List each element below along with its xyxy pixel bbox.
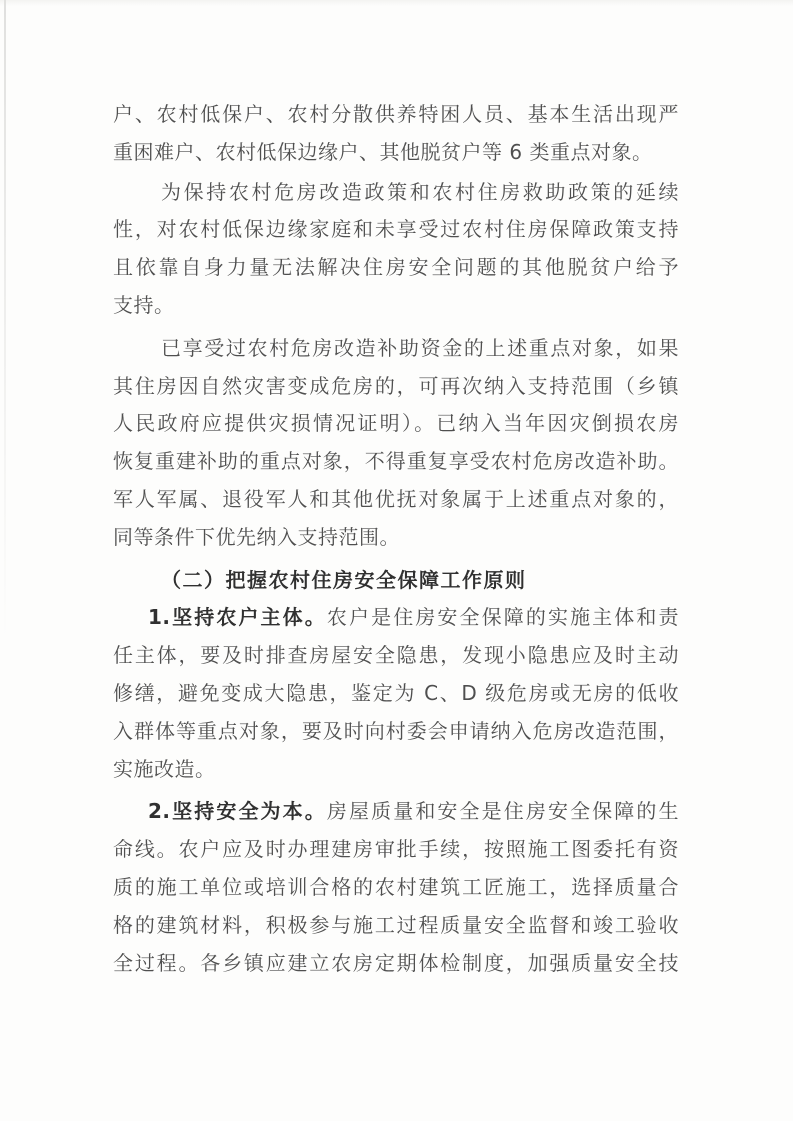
text-line: 支持。 [113, 287, 679, 325]
text-line: 且依靠自身力量无法解决住房安全问题的其他脱贫户给予 [113, 249, 679, 287]
section-heading: （二）把握农村住房安全保障工作原则 [113, 562, 679, 600]
scan-edge-artifact [4, 0, 6, 640]
text-line: 性，对农村低保边缘家庭和未享受过农村住房保障政策支持 [113, 211, 679, 249]
text-line: 修缮，避免变成大隐患，鉴定为 C、D 级危房或无房的低收 [113, 675, 679, 713]
bold-lead-in: 2.坚持安全为本。 [148, 799, 327, 823]
text-line: 其住房因自然灾害变成危房的，可再次纳入支持范围（乡镇 [113, 368, 679, 406]
text-line: 质的施工单位或培训合格的农村建筑工匠施工，选择质量合 [113, 869, 679, 907]
text-line: 为保持农村危房改造政策和农村住房救助政策的延续 [113, 174, 679, 212]
text-line: 同等条件下优先纳入支持范围。 [113, 519, 679, 557]
text-line: 任主体，要及时排查房屋安全隐患，发现小隐患应及时主动 [113, 637, 679, 675]
text-line: 户、农村低保户、农村分散供养特困人员、基本生活出现严 [113, 96, 679, 134]
line-text: 房屋质量和安全是住房安全保障的生 [327, 799, 679, 823]
text-line: 入群体等重点对象，要及时向村委会申请纳入危房改造范围， [113, 713, 679, 751]
text-line: 全过程。各乡镇应建立农房定期体检制度，加强质量安全技 [113, 945, 679, 983]
text-line: 已享受过农村危房改造补助资金的上述重点对象，如果 [113, 330, 679, 368]
text-line: 重困难户、农村低保边缘户、其他脱贫户等 6 类重点对象。 [113, 134, 679, 172]
text-line: 命线。农户应及时办理建房审批手续，按照施工图委托有资 [113, 831, 679, 869]
scan-top-artifact [0, 0, 793, 6]
text-line: 恢复重建补助的重点对象，不得重复享受农村危房改造补助。 [113, 443, 679, 481]
document-page: 户、农村低保户、农村分散供养特困人员、基本生活出现严重困难户、农村低保边缘户、其… [0, 0, 793, 1121]
text-line: 1.坚持农户主体。农户是住房安全保障的实施主体和责 [113, 599, 679, 637]
text-line: 人民政府应提供灾损情况证明）。已纳入当年因灾倒损农房 [113, 405, 679, 443]
bold-lead-in: 1.坚持农户主体。 [148, 605, 327, 629]
text-line: 军人军属、退役军人和其他优抚对象属于上述重点对象的， [113, 481, 679, 519]
line-text: 农户是住房安全保障的实施主体和责 [327, 605, 679, 629]
document-body: 户、农村低保户、农村分散供养特困人员、基本生活出现严重困难户、农村低保边缘户、其… [113, 96, 679, 982]
text-line: 实施改造。 [113, 751, 679, 789]
text-line: 格的建筑材料，积极参与施工过程质量安全监督和竣工验收 [113, 907, 679, 945]
text-line: 2.坚持安全为本。房屋质量和安全是住房安全保障的生 [113, 793, 679, 831]
